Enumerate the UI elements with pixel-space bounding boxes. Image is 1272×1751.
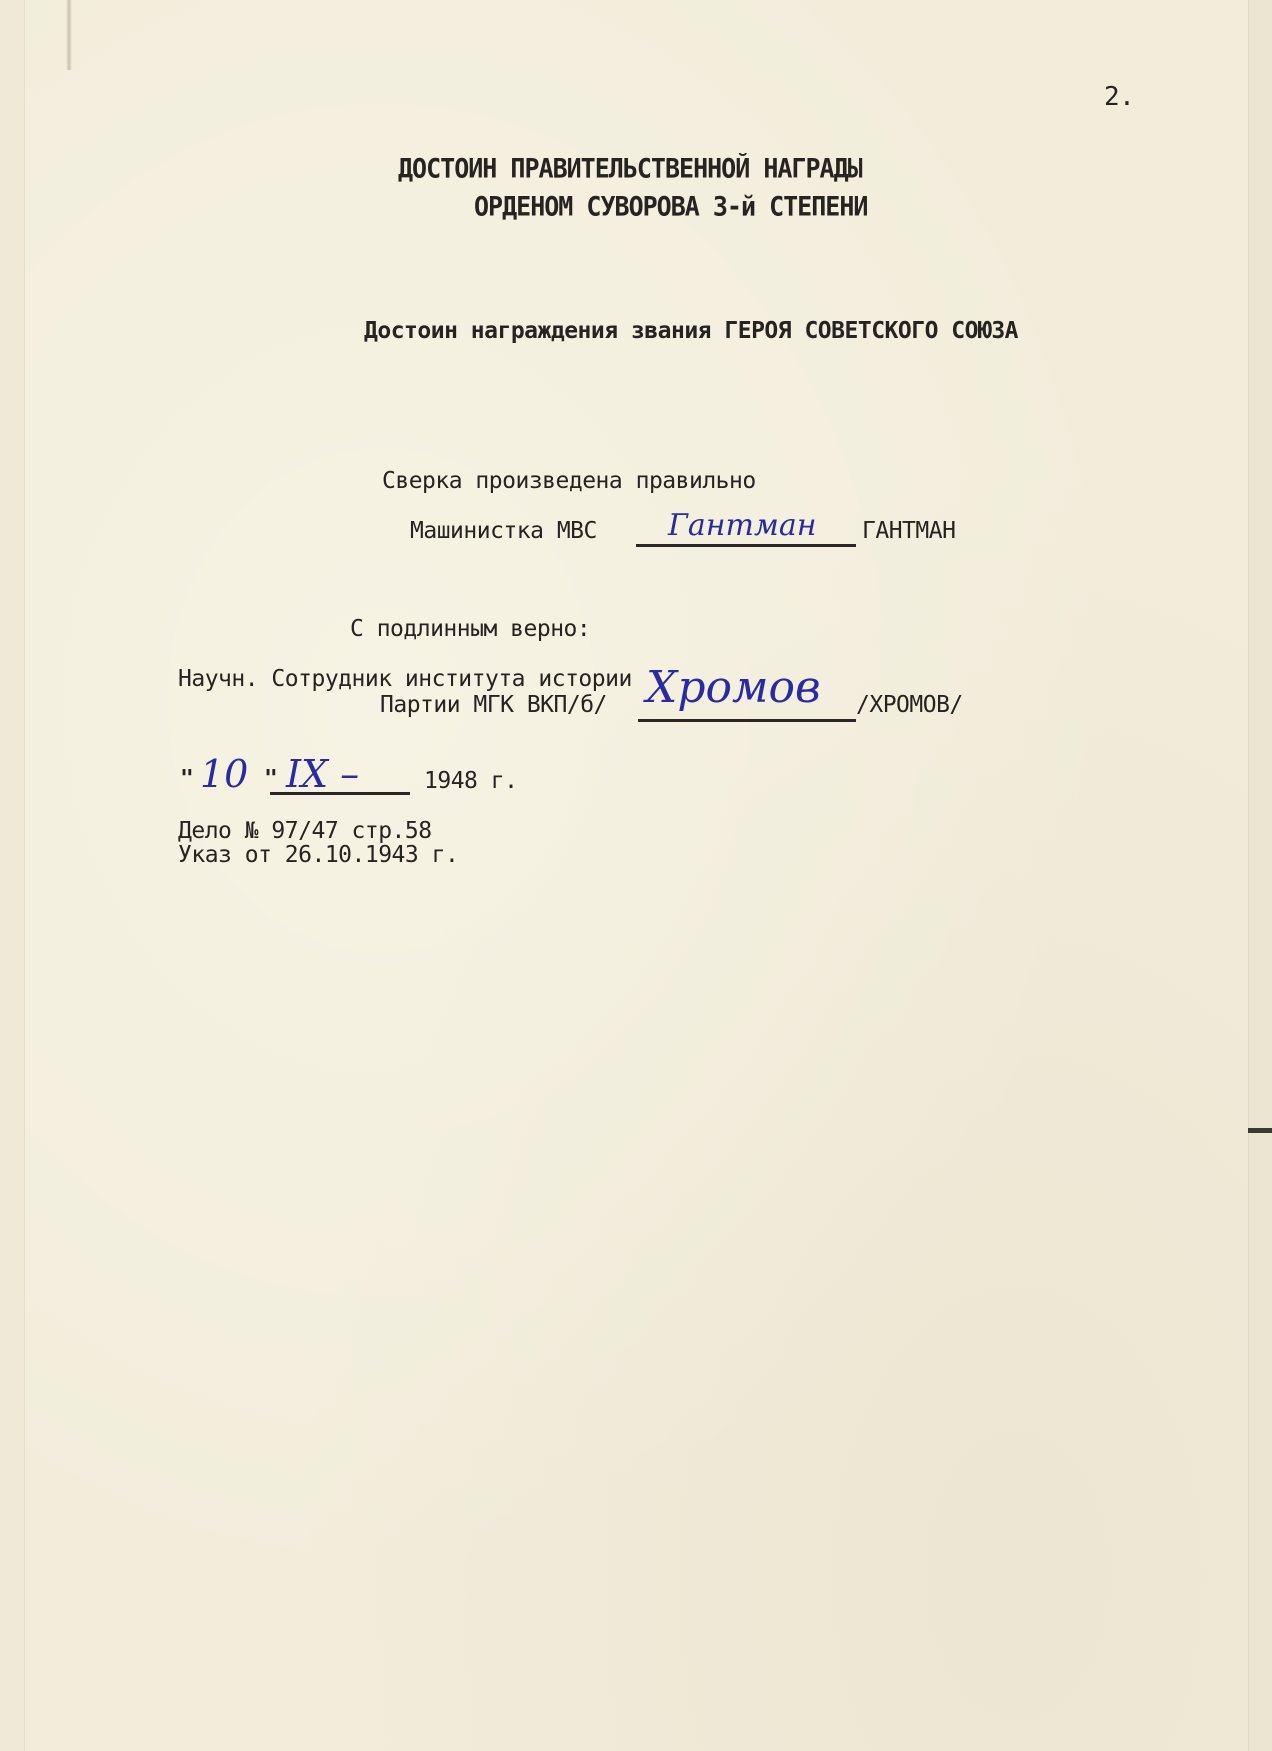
typist-signature-line xyxy=(636,544,856,547)
date-month-handwritten: IX – xyxy=(286,752,359,796)
certifier-signature: Хромов xyxy=(646,662,821,713)
paper-crease xyxy=(66,0,72,70)
certifier-name: /ХРОМОВ/ xyxy=(856,692,963,718)
date-day-handwritten: 10 xyxy=(200,752,248,796)
date-open-quote: " xyxy=(180,766,193,792)
award-heading-line2: ОРДЕНОМ СУВОРОВА 3-й СТЕПЕНИ xyxy=(474,191,867,221)
scan-left-edge xyxy=(0,0,25,1751)
award-heading-line1: ДОСТОИН ПРАВИТЕЛЬСТВЕННОЙ НАГРАДЫ xyxy=(398,153,862,183)
position-line1: Научн. Сотрудник института истории xyxy=(178,666,632,692)
edge-mark xyxy=(1248,1128,1272,1133)
verification-line: Сверка произведена правильно xyxy=(382,468,756,494)
page-number: 2. xyxy=(1104,82,1134,112)
certifier-signature-line xyxy=(638,719,856,722)
position-line2: Партии МГК ВКП/б/ xyxy=(380,692,607,718)
date-year: 1948 г. xyxy=(424,768,517,794)
typist-label: Машинистка МВС xyxy=(410,518,597,544)
document-page: 2. ДОСТОИН ПРАВИТЕЛЬСТВЕННОЙ НАГРАДЫ ОРД… xyxy=(0,0,1272,1751)
decree-reference: Указ от 26.10.1943 г. xyxy=(178,842,458,868)
typist-name: ГАНТМАН xyxy=(862,518,955,544)
hero-recommendation: Достоин награждения звания ГЕРОЯ СОВЕТСК… xyxy=(364,318,1018,344)
certification-heading: С подлинным верно: xyxy=(350,616,590,642)
date-close-quote: " xyxy=(264,766,277,792)
file-reference: Дело № 97/47 стр.58 xyxy=(178,818,432,844)
typist-signature: Гантман xyxy=(668,508,816,543)
scan-right-edge xyxy=(1248,0,1272,1751)
